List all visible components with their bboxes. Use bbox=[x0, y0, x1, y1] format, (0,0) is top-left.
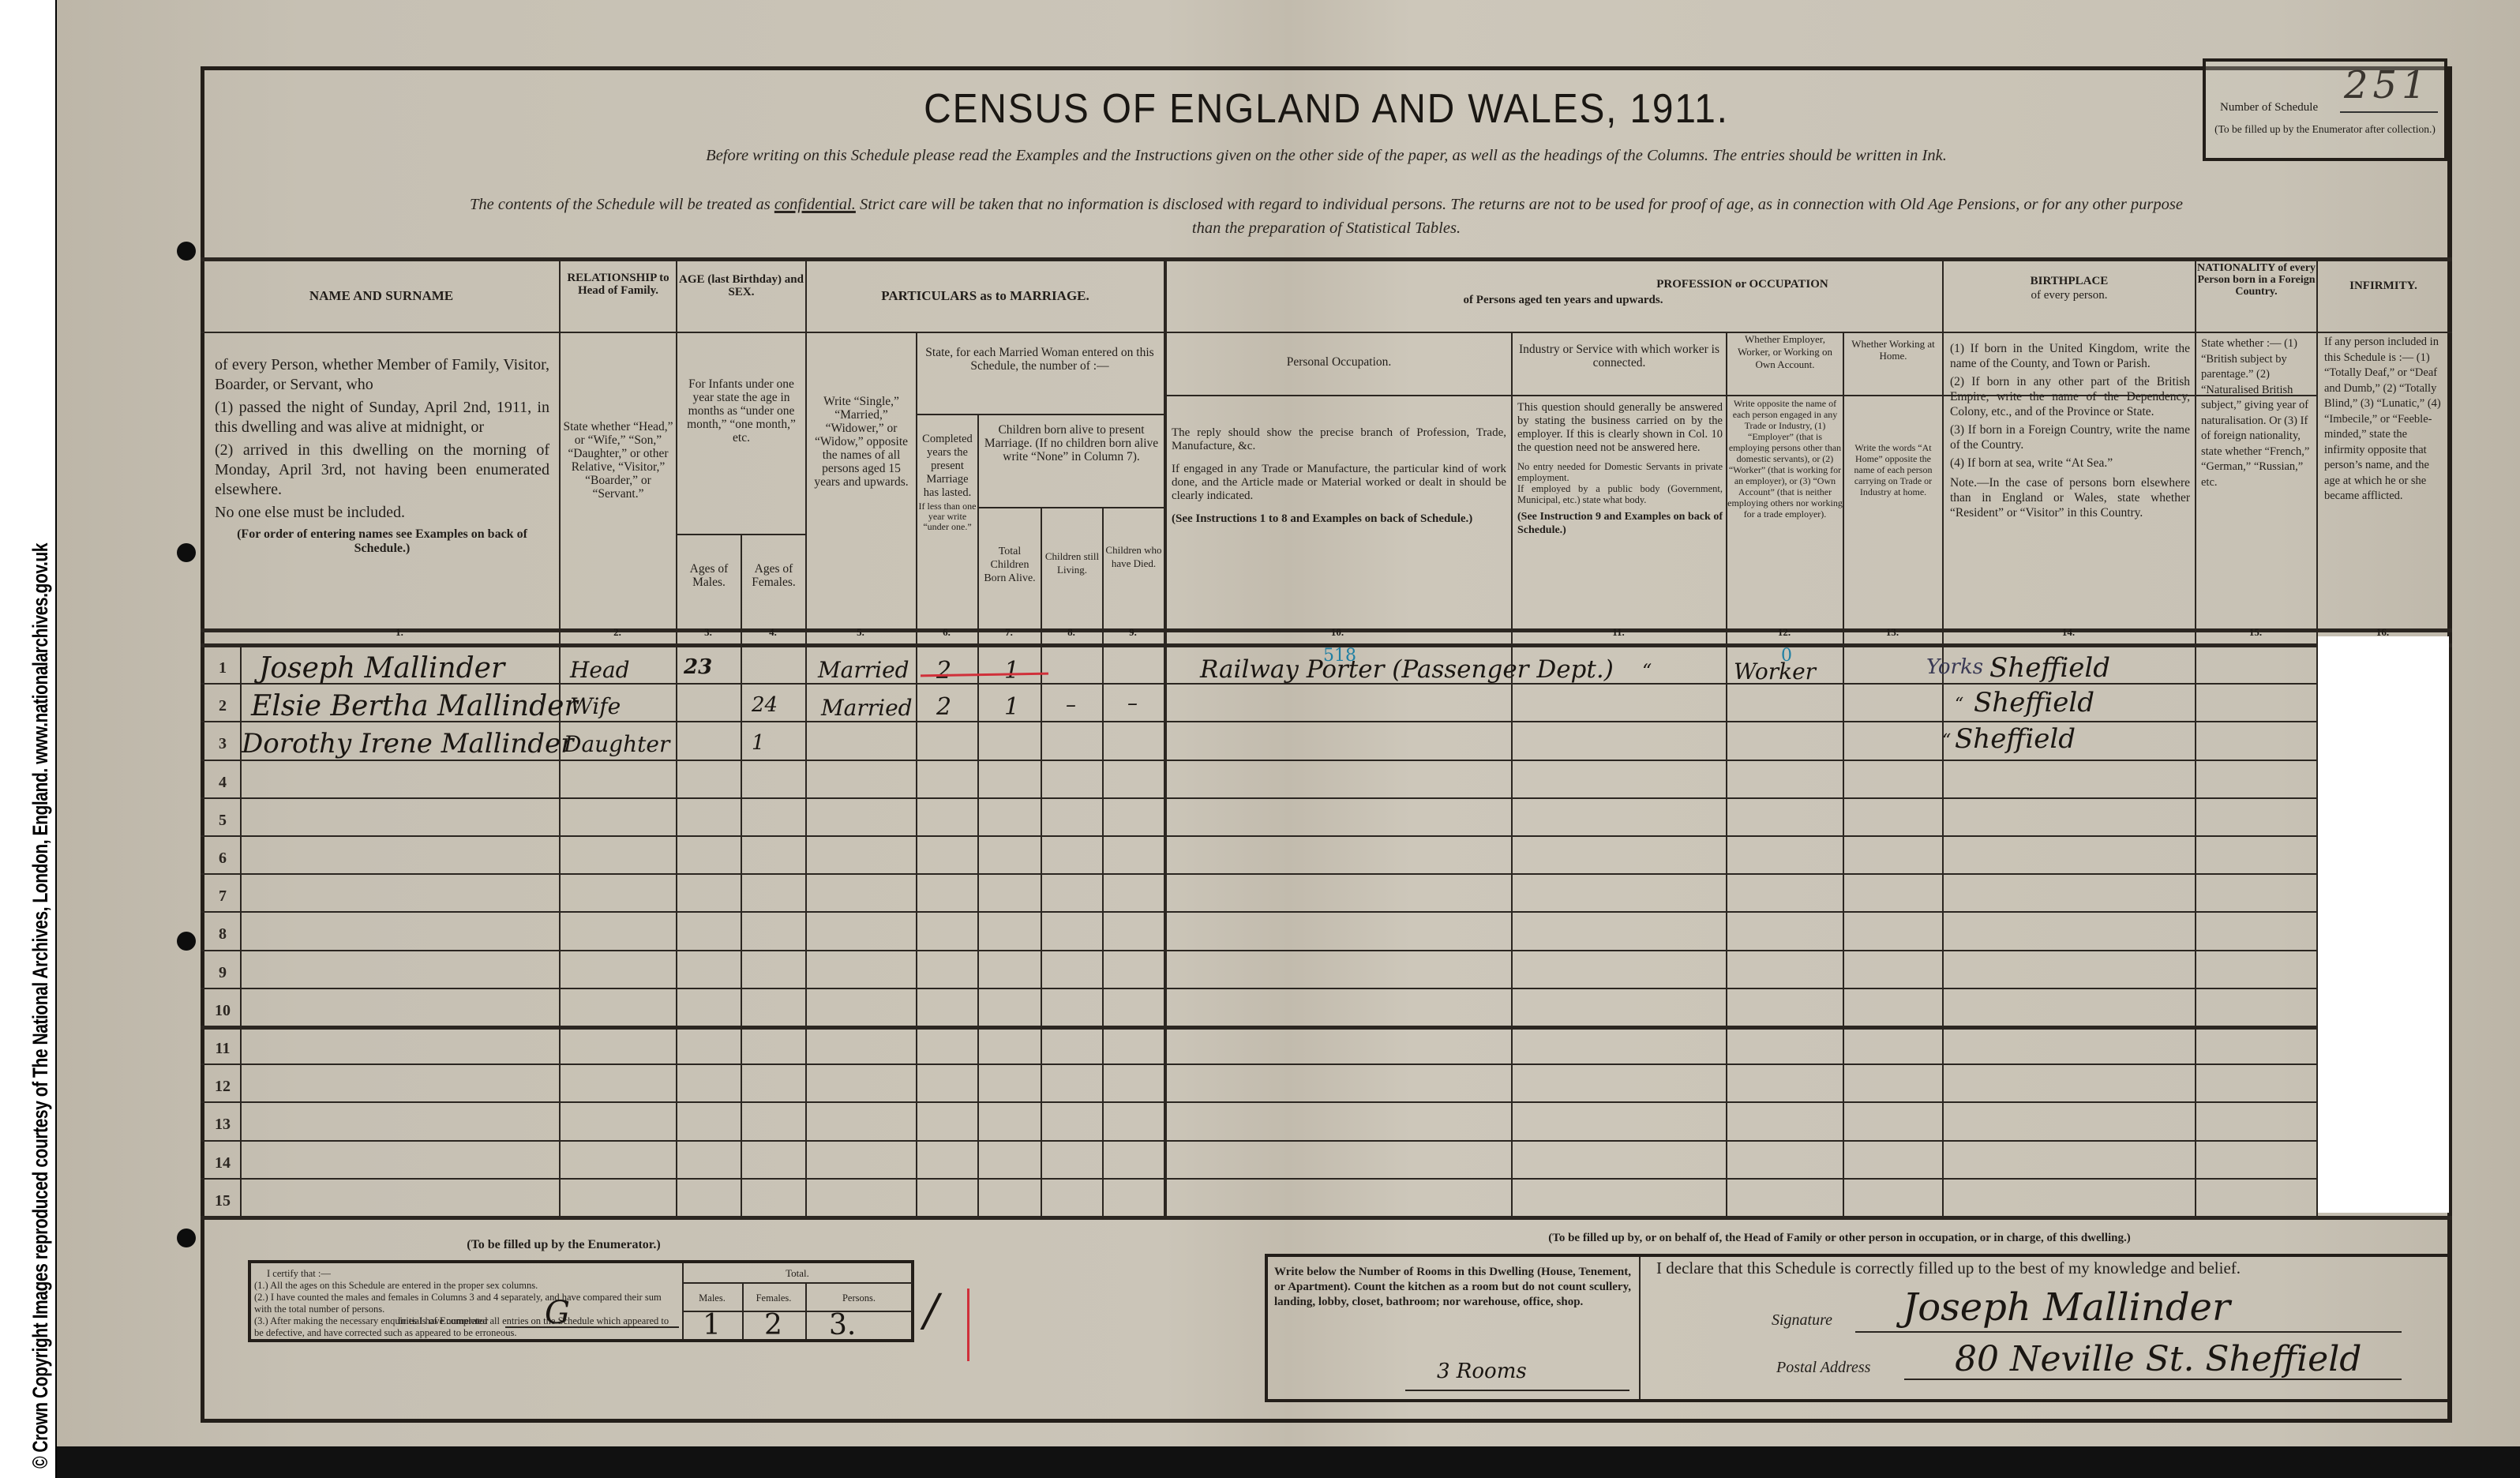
column-number: 10. bbox=[1164, 626, 1511, 639]
entry-age-female: 1 bbox=[752, 731, 765, 755]
entry-children-died: – bbox=[1127, 692, 1138, 715]
instructions-line: Before writing on this Schedule please r… bbox=[201, 147, 2452, 165]
column-number: 2. bbox=[559, 626, 676, 639]
enumerator-caption: (To be filled up by the Enumerator.) bbox=[437, 1238, 690, 1251]
header-relationship-instructions: State whether “Head,” or “Wife,” “Son,” … bbox=[562, 420, 674, 501]
column-number: 5. bbox=[805, 626, 916, 639]
header-employment-status-instructions: Write opposite the name of each person e… bbox=[1727, 398, 1843, 520]
header-working-at-home-instructions: Write the words “At Home” opposite the n… bbox=[1844, 442, 1942, 497]
signature-label: Signature bbox=[1772, 1314, 1882, 1327]
head-section-caption: (To be filled up by, or on behalf of, th… bbox=[1358, 1232, 2321, 1245]
row-number: 1 bbox=[207, 659, 238, 677]
entry-birthplace-county: Yorks bbox=[1926, 655, 1983, 679]
entry-relationship: Daughter bbox=[564, 731, 669, 757]
entry-age-female: 24 bbox=[752, 693, 778, 717]
header-name: NAME AND SURNAME bbox=[204, 289, 559, 302]
row-number: 12 bbox=[207, 1078, 238, 1096]
schedule-number: 251 bbox=[2344, 63, 2431, 107]
entry-name: Elsie Bertha Mallinder bbox=[251, 690, 578, 722]
column-number: 3. bbox=[676, 626, 741, 639]
header-birthplace-sub: of every person. bbox=[1944, 289, 2195, 302]
entry-birthplace-town: Sheffield bbox=[1955, 723, 2076, 755]
enumerator-certification-text: I certify that :— (1.) All the ages on t… bbox=[254, 1268, 681, 1339]
confidential-word: confidential. bbox=[774, 196, 856, 213]
header-industry: Industry or Service with which worker is… bbox=[1514, 343, 1724, 369]
header-name-instructions: of every Person, whether Member of Famil… bbox=[215, 355, 549, 556]
postal-address: 80 Neville St. Sheffield bbox=[1955, 1339, 2361, 1379]
row-number: 14 bbox=[207, 1154, 238, 1172]
row-number: 10 bbox=[207, 1002, 238, 1020]
postal-address-label: Postal Address bbox=[1776, 1361, 1903, 1375]
row-number: 5 bbox=[207, 812, 238, 830]
header-age: AGE (last Birthday) and SEX. bbox=[677, 273, 805, 298]
declaration-text: I declare that this Schedule is correctl… bbox=[1656, 1262, 2446, 1275]
copyright-sidebar: © Crown Copyright Images reproduced cour… bbox=[0, 0, 55, 1478]
entry-birthplace-town: Sheffield bbox=[1989, 652, 2110, 684]
header-relationship: RELATIONSHIP to Head of Family. bbox=[561, 272, 676, 297]
column-number: 4. bbox=[741, 626, 805, 639]
schedule-number-label: Number of Schedule bbox=[2220, 101, 2318, 114]
row-number: 9 bbox=[207, 964, 238, 982]
entry-name: Joseph Mallinder bbox=[259, 652, 504, 685]
binder-hole bbox=[177, 1229, 196, 1247]
total-males: 1 bbox=[703, 1309, 721, 1341]
column-number: 13. bbox=[1843, 626, 1942, 639]
persons-label: Persons. bbox=[805, 1292, 913, 1305]
redacted-infirmity-column bbox=[2318, 636, 2449, 1213]
column-number: 1. bbox=[240, 626, 559, 639]
employment-code: 0 bbox=[1781, 646, 1792, 666]
entry-occupation: Railway Porter (Passenger Dept.) bbox=[1200, 655, 1614, 684]
header-children-died: Children who have Died. bbox=[1104, 543, 1164, 570]
binder-hole bbox=[177, 242, 196, 261]
check-mark: / bbox=[924, 1285, 939, 1337]
row-number: 4 bbox=[207, 774, 238, 792]
row-number: 3 bbox=[207, 735, 238, 753]
header-marital-status-instructions: Write “Single,” “Married,” “Widower,” or… bbox=[808, 395, 914, 489]
copyright-notice: © Crown Copyright Images reproduced cour… bbox=[28, 543, 53, 1469]
enumerator-initials: G bbox=[545, 1295, 570, 1331]
header-years-married: Completed years the present Marriage has… bbox=[917, 433, 977, 532]
header-children-living: Children still Living. bbox=[1042, 550, 1102, 576]
header-age-instructions: For Infants under one year state the age… bbox=[679, 377, 804, 445]
row-number: 11 bbox=[207, 1040, 238, 1058]
header-infirmity-instructions: If any person included in this Schedule … bbox=[2324, 335, 2443, 505]
header-nationality-instructions: State whether :— (1) “British subject by… bbox=[2201, 336, 2313, 490]
column-number: 12. bbox=[1726, 626, 1843, 639]
binder-hole bbox=[177, 543, 196, 562]
entry-children-born: 1 bbox=[1004, 693, 1019, 721]
header-working-at-home: Whether Working at Home. bbox=[1844, 338, 1942, 362]
total-label: Total. bbox=[682, 1266, 913, 1280]
initials-label: Initials of Enumerator bbox=[384, 1314, 502, 1327]
header-employment-status: Whether Employer, Worker, or Working on … bbox=[1727, 333, 1843, 371]
entry-age-male: 23 bbox=[684, 655, 712, 679]
total-females: 2 bbox=[764, 1309, 782, 1341]
row-number: 7 bbox=[207, 887, 238, 906]
rooms-count: 3 Rooms bbox=[1437, 1360, 1527, 1383]
schedule-number-note: (To be filled up by the Enumerator after… bbox=[2214, 123, 2436, 136]
header-children-born-alive: Children born alive to present Marriage.… bbox=[981, 423, 1162, 463]
entry-years-married: 2 bbox=[936, 693, 951, 721]
column-number: 8. bbox=[1041, 626, 1102, 639]
header-personal-occupation: Personal Occupation. bbox=[1167, 355, 1511, 369]
entry-birthplace-town: Sheffield bbox=[1974, 687, 2094, 718]
entry-children-living: – bbox=[1066, 693, 1076, 717]
entry-relationship: Head bbox=[570, 657, 630, 683]
header-marriage: PARTICULARS as to MARRIAGE. bbox=[807, 289, 1164, 302]
header-married-woman: State, for each Married Woman entered on… bbox=[919, 346, 1161, 373]
column-number: 7. bbox=[977, 626, 1041, 639]
occupation-code: 518 bbox=[1323, 646, 1356, 666]
red-check-mark bbox=[967, 1289, 969, 1361]
header-total-children: Total Children Born Alive. bbox=[979, 545, 1041, 585]
row-number: 15 bbox=[207, 1192, 238, 1210]
binder-hole bbox=[177, 932, 196, 951]
row-number: 8 bbox=[207, 925, 238, 943]
females-label: Females. bbox=[742, 1292, 805, 1305]
row-number: 6 bbox=[207, 850, 238, 868]
header-nationality: NATIONALITY of every Person born in a Fo… bbox=[2196, 262, 2316, 298]
entry-industry: “ bbox=[1642, 660, 1652, 682]
row-number: 2 bbox=[207, 697, 238, 715]
total-persons: 3. bbox=[829, 1309, 856, 1341]
schedule-number-box: 251 Number of Schedule (To be filled up … bbox=[2203, 58, 2447, 161]
entry-relationship: Wife bbox=[570, 693, 621, 719]
column-number: 15. bbox=[2195, 626, 2316, 639]
page-title: CENSUS OF ENGLAND AND WALES, 1911. bbox=[291, 85, 2362, 133]
entry-marital-status: Married bbox=[821, 695, 913, 721]
entry-children-born: 1 bbox=[1004, 657, 1019, 685]
entry-marital-status: Married bbox=[818, 657, 909, 683]
column-number: 6. bbox=[916, 626, 977, 639]
column-number: 14. bbox=[1942, 626, 2195, 639]
entry-years-married: 2 bbox=[936, 657, 951, 685]
males-label: Males. bbox=[682, 1292, 742, 1305]
row-number: 13 bbox=[207, 1116, 238, 1134]
header-occupation-sub: of Persons aged ten years and upwards. bbox=[1168, 294, 1958, 307]
header-infirmity: INFIRMITY. bbox=[2318, 279, 2449, 292]
header-ages-males: Ages of Males. bbox=[677, 562, 741, 589]
entry-birthplace-county: “ bbox=[1955, 695, 1963, 715]
entry-employment-status: Worker bbox=[1734, 658, 1816, 685]
entry-birthplace-county: “ bbox=[1942, 731, 1951, 751]
header-birthplace-instructions: (1) If born in the United Kingdom, write… bbox=[1950, 341, 2190, 520]
entry-name: Dorothy Irene Mallinder bbox=[242, 728, 573, 760]
header-industry-instructions: This question should generally be answer… bbox=[1517, 401, 1723, 537]
rooms-instructions: Write below the Number of Rooms in this … bbox=[1274, 1265, 1631, 1310]
confidentiality-notice: The contents of the Schedule will be tre… bbox=[229, 193, 2424, 240]
header-personal-occupation-instructions: The reply should show the precise branch… bbox=[1172, 426, 1506, 526]
column-number: 9. bbox=[1102, 626, 1164, 639]
column-number: 11. bbox=[1511, 626, 1726, 639]
header-birthplace: BIRTHPLACE bbox=[1944, 275, 2195, 287]
signature: Joseph Mallinder bbox=[1903, 1285, 2230, 1330]
header-ages-females: Ages of Females. bbox=[742, 562, 805, 589]
